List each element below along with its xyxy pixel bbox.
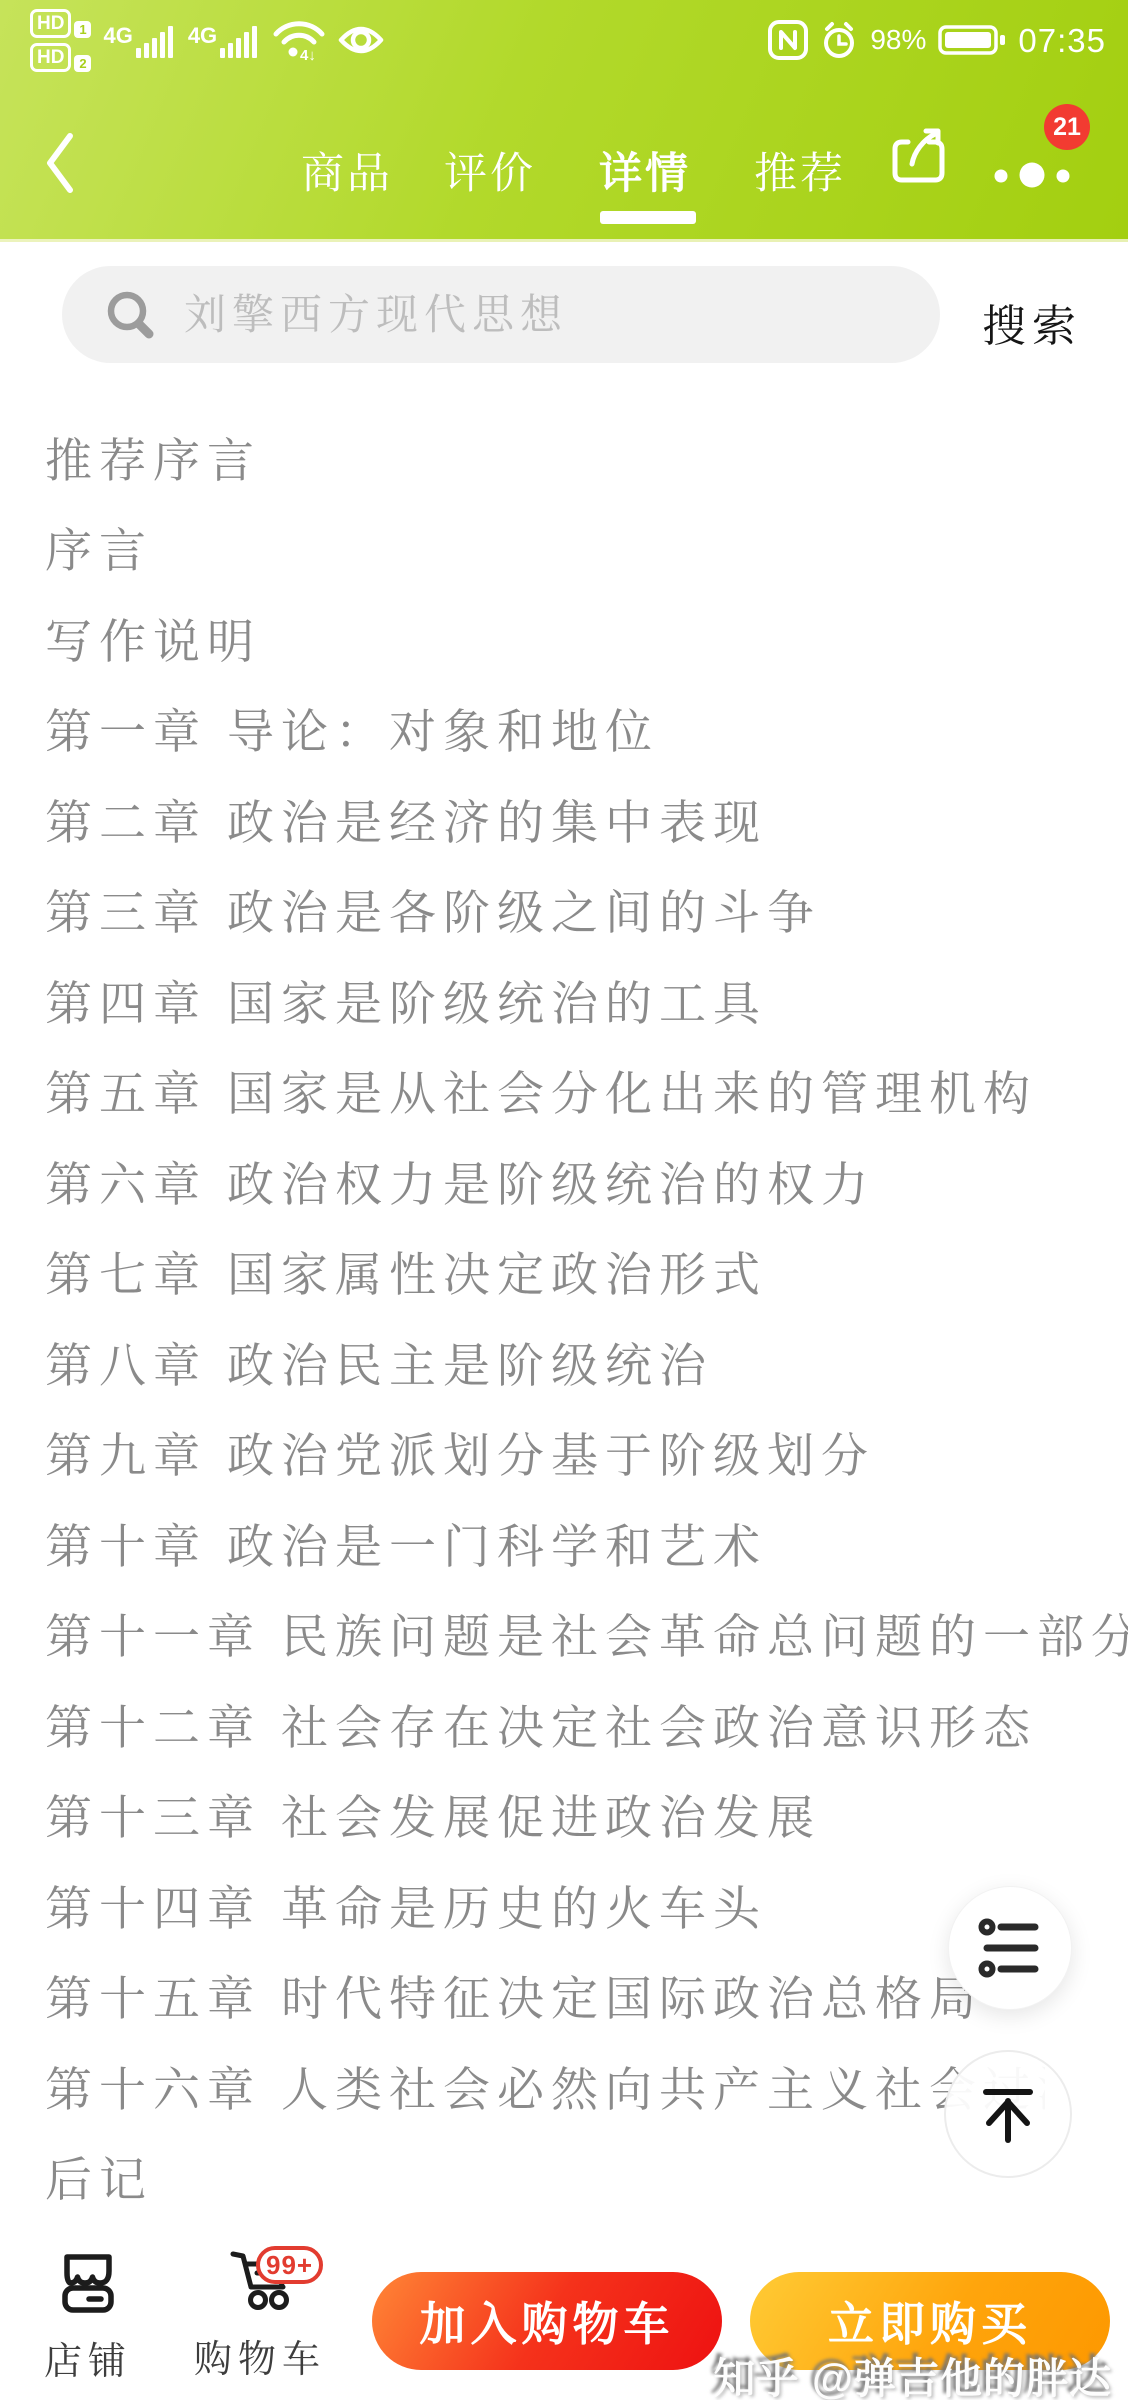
sim2-signal: 4G [188, 22, 260, 58]
toc-item: 第十三章 社会发展促进政治发展 [45, 1770, 1128, 1861]
toc-shortcut-button[interactable] [948, 1886, 1072, 2010]
cart-count-badge: 99+ [256, 2246, 323, 2284]
wifi-icon: 4↓ [272, 18, 326, 62]
toc-item: 第八章 政治民主是阶级统治 [45, 1317, 1128, 1408]
shop-label: 店铺 [44, 2330, 132, 2385]
hd2-badge: HD 2 [30, 43, 91, 72]
back-button[interactable] [42, 130, 78, 196]
tab-reviews[interactable]: 评价 [444, 140, 536, 201]
chevron-left-icon [42, 130, 78, 196]
cart-button[interactable]: 99+ 购物车 [208, 2246, 312, 2383]
status-bar: HD 1 HD 2 4G [30, 10, 1106, 70]
toc-item: 第十六章 人类社会必然向共产主义社会过渡 [45, 2041, 1045, 2132]
watermark-text: 知乎 @弹吉他的胖达 [713, 2346, 1112, 2400]
search-box[interactable] [62, 266, 940, 363]
hd-icon: HD [30, 43, 71, 72]
arrow-up-to-top-icon [975, 2081, 1041, 2147]
battery-percent: 98% [870, 26, 926, 54]
toc-item: 第六章 政治权力是阶级统治的权力 [45, 1136, 1128, 1227]
search-input[interactable] [184, 291, 884, 339]
search-icon [104, 288, 158, 342]
svg-text:4↓: 4↓ [300, 47, 316, 62]
tab-detail[interactable]: 详情 [599, 140, 691, 201]
toc-item: 第三章 政治是各阶级之间的斗争 [45, 865, 1128, 956]
toc-item: 第一章 导论：对象和地位 [45, 684, 1128, 775]
more-menu-button[interactable] [991, 158, 1075, 190]
list-icon [977, 1916, 1043, 1980]
sim1-signal: 4G [103, 22, 175, 58]
toc-item: 推荐序言 [45, 412, 1128, 503]
toc-item: 序言 [45, 503, 1128, 594]
tab-recommend[interactable]: 推荐 [754, 140, 846, 201]
toc-item: 第十二章 社会存在决定社会政治意识形态 [45, 1679, 1128, 1770]
hd1-badge: HD 1 [30, 9, 91, 38]
product-detail-page: HD 1 HD 2 4G [0, 0, 1128, 2400]
shop-button[interactable]: 店铺 [53, 2252, 123, 2385]
toc-item: 第九章 政治党派划分基于阶级划分 [45, 1408, 1128, 1499]
notification-badge: 21 [1044, 104, 1090, 150]
toc-item: 第二章 政治是经济的集中表现 [45, 774, 1128, 865]
share-icon [889, 124, 949, 188]
signal-bars-icon [220, 22, 260, 58]
share-button[interactable] [889, 124, 949, 188]
ellipsis-icon [991, 158, 1075, 190]
signal-bars-icon [136, 22, 176, 58]
header: HD 1 HD 2 4G [0, 0, 1128, 242]
alarm-clock-icon [820, 19, 858, 61]
storefront-icon [58, 2252, 118, 2314]
status-right-icons: 98% 07:35 [768, 19, 1106, 61]
tab-goods[interactable]: 商品 [301, 140, 393, 201]
toc-item: 第四章 国家是阶级统治的工具 [45, 955, 1128, 1046]
eye-protection-icon [338, 24, 384, 56]
search-submit-button[interactable]: 搜索 [982, 290, 1082, 354]
toc-item: 第七章 国家属性决定政治形式 [45, 1227, 1128, 1318]
hd-badges: HD 1 HD 2 [30, 9, 91, 72]
search-row: 搜索 [0, 266, 1128, 364]
cart-label: 购物车 [194, 2328, 326, 2383]
toc-item: 第十一章 民族问题是社会革命总问题的一部分 [45, 1589, 1128, 1680]
battery-icon [938, 23, 1006, 57]
status-left-icons: HD 1 HD 2 4G [30, 9, 384, 72]
back-to-top-button[interactable] [944, 2050, 1072, 2178]
nfc-icon [768, 20, 808, 60]
toc-item: 第十章 政治是一门科学和艺术 [45, 1498, 1128, 1589]
nav-bar: 商品 评价 详情 推荐 21 [0, 118, 1128, 228]
active-tab-underline [600, 211, 696, 224]
status-time: 07:35 [1018, 24, 1106, 57]
toc-item: 写作说明 [45, 593, 1128, 684]
add-to-cart-button[interactable]: 加入购物车 [372, 2272, 722, 2370]
toc-item: 第五章 国家是从社会分化出来的管理机构 [45, 1046, 1128, 1137]
hd-icon: HD [30, 9, 71, 38]
